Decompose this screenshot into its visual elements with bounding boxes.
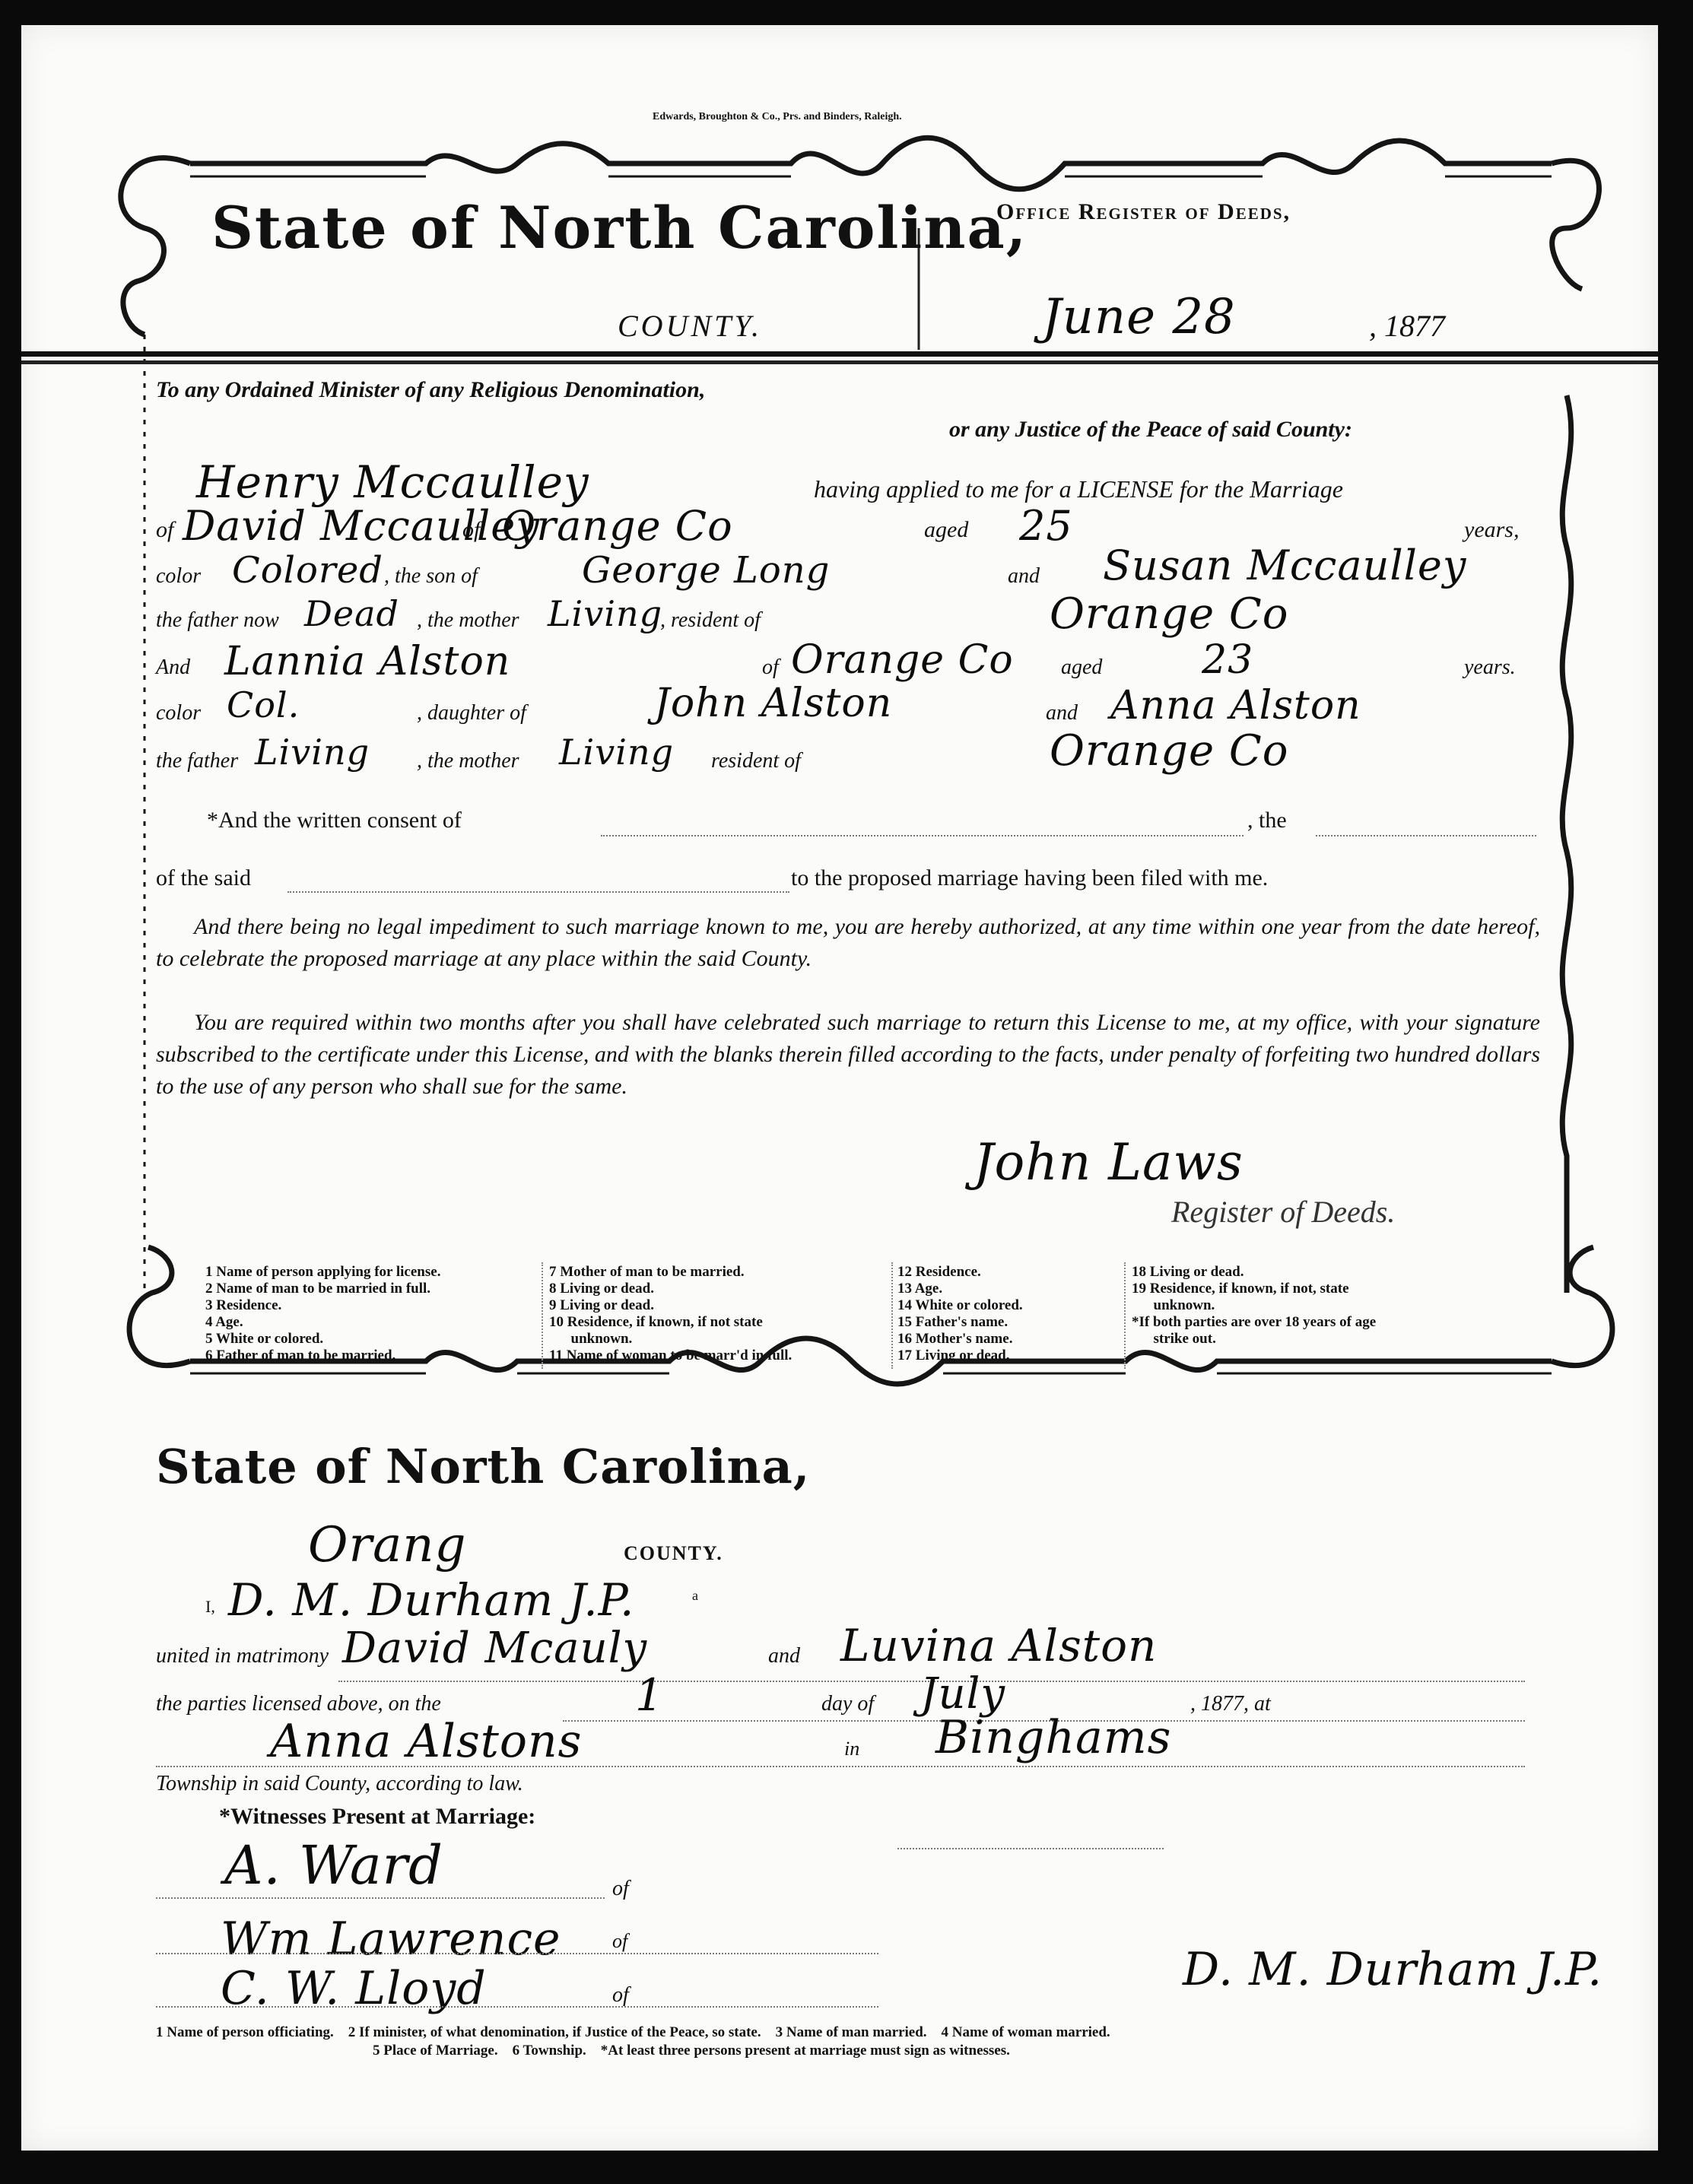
officiant-sup: a (692, 1588, 698, 1604)
years-label: years, (1464, 517, 1519, 543)
marriage-day: 1 (635, 1669, 664, 1721)
witness-name: A. Ward (224, 1834, 443, 1897)
footnote-separator (891, 1262, 893, 1369)
license-year: , 1877 (1369, 308, 1445, 344)
certificate-state-heading: State of North Carolina, (156, 1439, 810, 1494)
officiant-name: D. M. Durham J.P. (228, 1574, 634, 1626)
bride-mother: Anna Alston (1110, 683, 1361, 729)
mother-label: , the mother (417, 608, 519, 633)
color-label: color (156, 564, 201, 589)
township-label: Township in said County, according to la… (156, 1772, 523, 1796)
address-line-1: To any Ordained Minister of any Religiou… (156, 377, 705, 403)
aged13-label: aged (1061, 656, 1102, 680)
bride-mother-status: Living (559, 732, 674, 773)
the-mother-label: , the mother (417, 749, 519, 773)
consent-the: , the (1247, 808, 1287, 833)
certificate-groom-name: David Mcauly (342, 1624, 647, 1673)
bride-name: Lannia Alston (224, 639, 510, 684)
father-now-label: the father now (156, 608, 279, 633)
groom-color: Colored (232, 549, 383, 592)
bride-color: Col. (227, 684, 300, 725)
bride-age: 23 (1202, 637, 1253, 683)
groom-age: 25 (1019, 502, 1073, 550)
bride-parents-residence: Orange Co (1050, 726, 1288, 776)
consent-text: *And the written consent of (207, 808, 462, 833)
certificate-county-label: COUNTY. (624, 1542, 723, 1565)
bride-residence: Orange Co (791, 637, 1014, 683)
witness-line (156, 1897, 605, 1899)
groom-father-status: Dead (304, 593, 399, 634)
groom-mother: Susan Mccaulley (1103, 541, 1466, 589)
consent-blank-2 (1316, 835, 1536, 836)
certificate-county-name: Orang (308, 1517, 466, 1573)
place-line (156, 1766, 1525, 1767)
address-line-2: or any Justice of the Peace of said Coun… (949, 417, 1352, 443)
groom-father: George Long (582, 549, 830, 592)
years13-label: years. (1464, 656, 1516, 680)
county-label: COUNTY. (618, 308, 762, 344)
officiant-signature: D. M. Durham J.P. (1183, 1943, 1602, 1996)
united-label: united in matrimony (156, 1644, 329, 1668)
parties-label: the parties licensed above, on the (156, 1692, 441, 1716)
daughter-of-label: , daughter of (417, 701, 526, 725)
footnote-separator (1124, 1262, 1126, 1369)
of-label: of (156, 517, 173, 543)
marriage-place: Anna Alstons (270, 1715, 582, 1768)
certificate-bride-name: Luvina Alston (840, 1620, 1157, 1671)
color14-label: color (156, 701, 201, 725)
day-of-label: day of (821, 1692, 874, 1716)
state-heading: State of North Carolina, (211, 194, 1028, 262)
authorization-paragraph: And there being no legal impediment to s… (156, 911, 1540, 975)
witnesses-heading: *Witnesses Present at Marriage: (219, 1804, 535, 1830)
said-blank (287, 891, 789, 893)
witness-of-label: of (612, 1930, 627, 1953)
bride-father: John Alston (654, 681, 892, 726)
of3-label: of (462, 517, 480, 543)
and-label: and (1008, 564, 1040, 589)
return-requirement-paragraph: You are required within two months after… (156, 1007, 1540, 1103)
certificate-and-label: and (768, 1644, 800, 1668)
license-footnotes-col4: 18 Living or dead.19 Residence, if known… (1132, 1264, 1376, 1348)
license-footnotes-col1: 1 Name of person applying for license.2 … (205, 1264, 440, 1364)
marriage-year: , 1877, at (1190, 1692, 1271, 1716)
consent-blank (601, 835, 1244, 836)
certificate-footnote-line-1: 1 Name of person officiating. 2 If minis… (156, 2024, 1110, 2041)
and16-label: and (1046, 701, 1078, 725)
license-footnotes-col3: 12 Residence.13 Age.14 White or colored.… (897, 1264, 1023, 1364)
applicant-name: Henry Mccaulley (196, 456, 589, 508)
register-signature: John Laws (974, 1133, 1244, 1192)
township-name: Binghams (935, 1711, 1171, 1764)
aged-label: aged (924, 517, 968, 543)
license-date: June 28 (1042, 289, 1236, 345)
office-heading: Office Register of Deeds, (996, 199, 1291, 225)
of12-label: of (762, 656, 779, 680)
consent-tail: to the proposed marriage having been fil… (791, 865, 1268, 891)
the-father-label: the father (156, 749, 238, 773)
in-label: in (844, 1738, 859, 1760)
witness-line (156, 1953, 878, 1954)
footnote-separator (542, 1262, 543, 1369)
applied-text: having applied to me for a LICENSE for t… (814, 475, 1343, 503)
resident-of-label: , resident of (660, 608, 761, 633)
witness-name: Wm Lawrence (221, 1913, 561, 1966)
witness-of-label: of (612, 1983, 629, 2008)
of-the-said: of the said (156, 865, 251, 891)
officiant-num: I, (205, 1597, 215, 1617)
son-of-label: , the son of (384, 564, 478, 589)
groom-name: David Mccaulley (183, 502, 540, 550)
groom-parents-residence: Orange Co (1050, 589, 1288, 639)
groom-mother-status: Living (548, 593, 662, 634)
witness-line (156, 2006, 878, 2008)
resident-of19-label: resident of (711, 749, 801, 773)
certificate-footnote-line-2: 5 Place of Marriage. 6 Township. *At lea… (373, 2043, 1010, 2059)
witness-residence-line (897, 1848, 1164, 1849)
and11-label: And (156, 656, 190, 680)
register-title: Register of Deeds. (1171, 1194, 1395, 1230)
bride-father-status: Living (255, 732, 370, 773)
witness-of-label: of (612, 1877, 629, 1901)
license-footnotes-col2: 7 Mother of man to be married.8 Living o… (549, 1264, 792, 1364)
printer-credit: Edwards, Broughton & Co., Prs. and Binde… (653, 111, 902, 123)
groom-residence: Orange Co (502, 502, 733, 550)
